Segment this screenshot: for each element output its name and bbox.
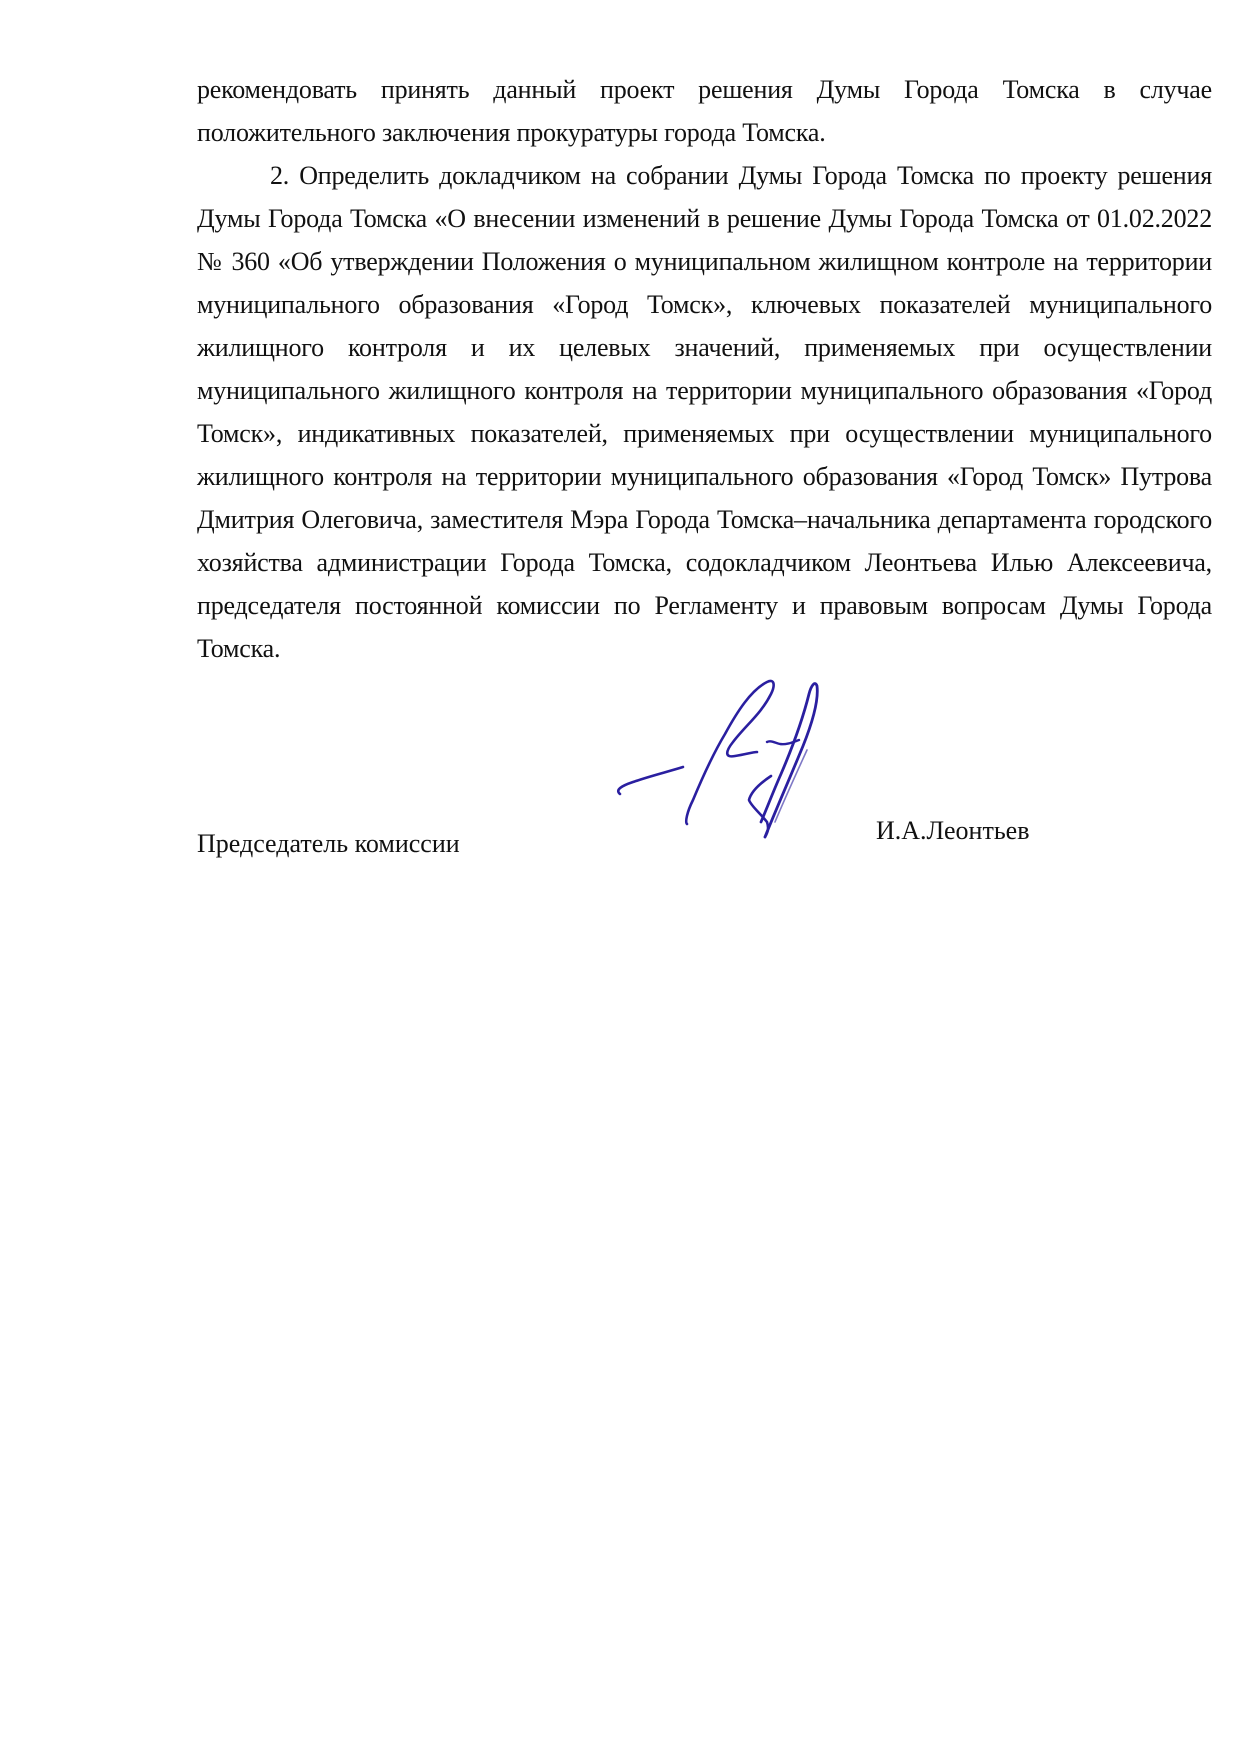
paragraph-item-2-speaker-assignment: 2. Определить докладчиком на собрании Ду… <box>197 154 1212 670</box>
document-page: рекомендовать принять данный проект реше… <box>0 0 1240 1753</box>
signatory-title: Председатель комиссии <box>197 826 460 862</box>
paragraph-recommendation: рекомендовать принять данный проект реше… <box>197 68 1212 154</box>
document-body: рекомендовать принять данный проект реше… <box>197 68 1212 670</box>
signatory-name: И.А.Леонтьев <box>876 813 1030 849</box>
handwritten-signature-icon <box>575 672 820 842</box>
